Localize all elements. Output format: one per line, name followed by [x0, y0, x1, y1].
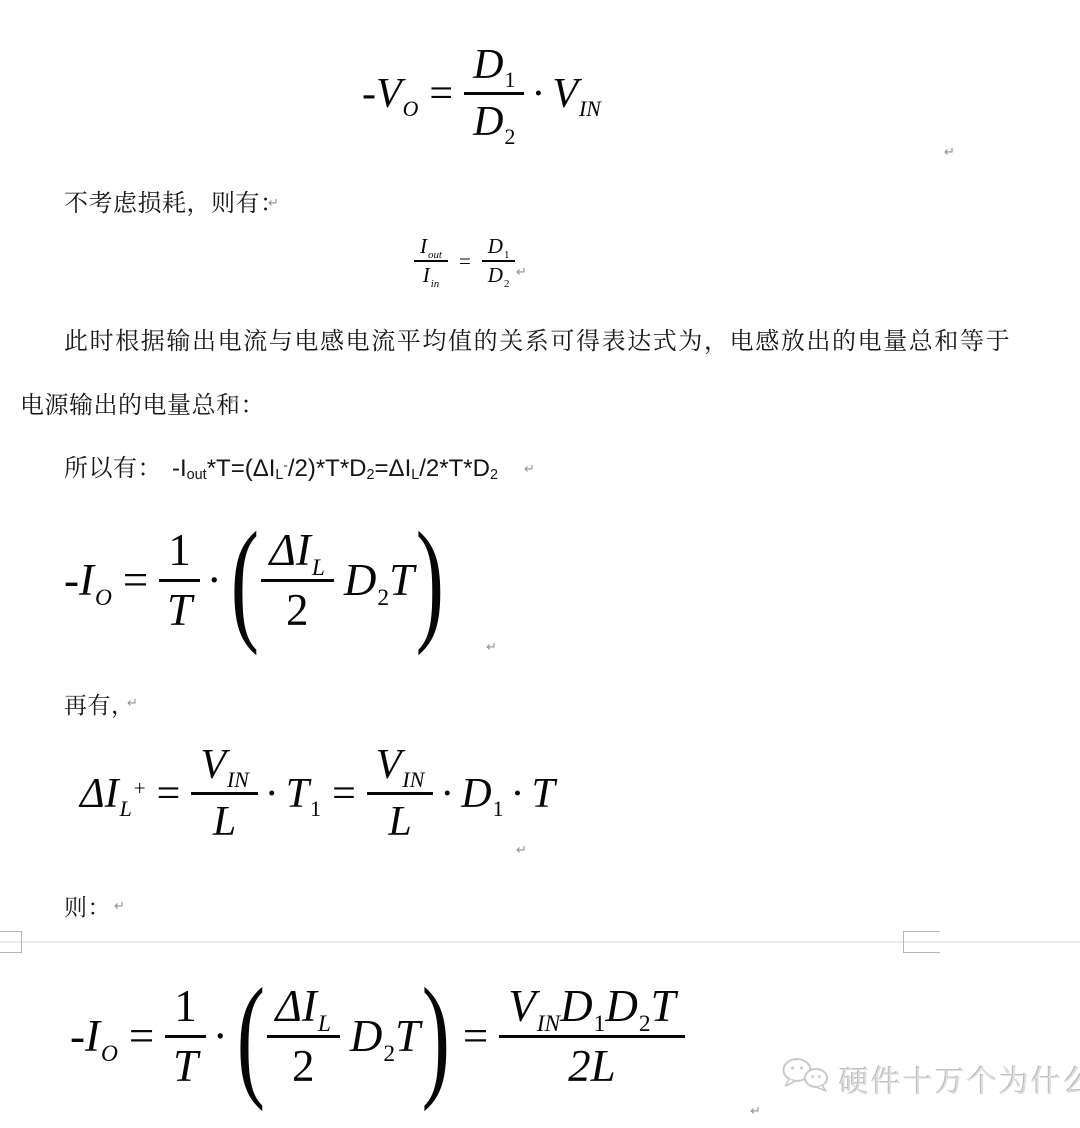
math-sub: L [120, 799, 132, 821]
math-sub: 1 [504, 70, 515, 92]
math-token: /2)*T*D [288, 455, 367, 482]
math-fraction: VIN L [191, 744, 257, 843]
equals-sign: = [459, 251, 471, 272]
right-parenthesis: ) [422, 968, 450, 1105]
math-var: D [488, 236, 503, 257]
multiply-dot: · [207, 558, 222, 603]
math-sub: 2 [490, 467, 498, 483]
math-sub: 2 [377, 587, 389, 610]
equals-sign: = [157, 773, 181, 815]
math-var: -I [70, 1014, 100, 1059]
math-fraction: D1 D2 [464, 44, 524, 143]
left-parenthesis: ( [230, 512, 258, 649]
math-term: -IO [70, 1014, 118, 1059]
paragraph-mark: ↵ [127, 697, 138, 710]
fraction-denominator: Iin [423, 262, 439, 286]
math-term: -IO [64, 558, 112, 603]
left-parenthesis: ( [236, 968, 264, 1105]
math-term: ΔIL+ [80, 773, 146, 815]
math-var: I [420, 236, 427, 257]
paragraph-mark: ↵ [516, 844, 527, 857]
math-fraction: D1 D2 [482, 236, 516, 286]
multiply-dot: · [213, 1014, 228, 1059]
math-num: 2 [286, 588, 309, 633]
math-term: T [532, 773, 555, 815]
math-var: 2L [568, 1044, 616, 1089]
paragraph-then: 则： [64, 893, 111, 923]
formula-output-current-full: -IO = 1 T · ( ΔIL 2 D2T ) = VIND1D2T 2L [70, 968, 685, 1105]
math-sub: O [101, 1043, 118, 1066]
math-term: -VO [362, 73, 418, 115]
math-var: ΔI [276, 984, 317, 1029]
math-var: L [388, 801, 411, 843]
math-var: D [473, 101, 503, 143]
fraction-denominator: L [213, 795, 236, 843]
fraction-denominator: T [167, 582, 192, 633]
formula-current-ratio: Iout Iin = D1 D2 [414, 236, 515, 286]
math-sub: out [428, 250, 442, 261]
equals-sign: = [129, 1014, 154, 1059]
document-page: { "document": { "p1": "不考虑损耗，则有：", "p2_l… [0, 0, 1080, 1128]
math-var: -I [64, 558, 94, 603]
wechat-logo-icon [780, 1056, 832, 1101]
math-sub: 2 [367, 467, 375, 483]
math-sub: 2 [504, 279, 509, 290]
math-var: T [286, 773, 309, 815]
paragraph-mark: ↵ [944, 146, 955, 159]
paragraph-furthermore: 再有， [64, 691, 135, 721]
math-sub: IN [227, 770, 249, 792]
math-var: V [508, 984, 536, 1029]
fraction-denominator: 2 [292, 1038, 315, 1089]
math-term: D2T [350, 1014, 420, 1059]
math-token: -I [172, 455, 187, 482]
fraction-numerator: D1 [482, 236, 516, 262]
multiply-dot: · [511, 773, 525, 815]
fraction-numerator: Iout [414, 236, 448, 262]
multiply-dot: · [440, 773, 454, 815]
multiply-dot: · [265, 773, 279, 815]
math-var: D [473, 44, 503, 86]
watermark-text: 硬件十万个为什么 [839, 1057, 1080, 1101]
paragraph-mark: ↵ [114, 900, 125, 913]
paragraph-mark: ↵ [486, 641, 497, 654]
page-margin-marker-right [903, 931, 940, 953]
paragraph-charge-balance-line1: 此时根据输出电流与电感电流平均值的关系可得表达式为，电感放出的电量总和等于 [64, 326, 1011, 357]
formula-output-current: -IO = 1 T · ( ΔIL 2 D2T ) [64, 512, 446, 649]
math-var: D [350, 1014, 383, 1059]
fraction-numerator: VIND1D2T [499, 984, 684, 1038]
math-var: D [488, 265, 503, 286]
math-var: V [552, 73, 578, 115]
math-sub: 1 [310, 799, 321, 821]
inline-equation-line: 所以有：-Iout*T=(ΔIL-/2)*T*D2=ΔIL/2*T*D2 [64, 455, 498, 484]
math-sub: O [95, 587, 112, 610]
fraction-denominator: 2 [286, 582, 309, 633]
fraction-numerator: ΔIL [261, 528, 334, 582]
inline-equation-label: 所以有： [64, 455, 162, 482]
paragraph-mark: ↵ [516, 266, 527, 279]
fraction-numerator: 1 [159, 528, 200, 582]
math-fraction: 1 T [159, 528, 200, 633]
multiply-dot: · [531, 73, 545, 115]
math-token: /2*T*D [419, 455, 490, 482]
math-var: T [651, 984, 676, 1029]
math-fraction: VIN L [367, 744, 433, 843]
equals-sign: = [463, 1014, 488, 1059]
math-var: V [376, 744, 402, 786]
math-var: -V [362, 73, 402, 115]
math-fraction: VIND1D2T 2L [499, 984, 684, 1089]
formula-voltage-ratio: -VO = D1 D2 · VIN [362, 44, 601, 143]
math-term: D2T [344, 558, 414, 603]
math-num: 1 [168, 528, 191, 573]
fraction-denominator: L [388, 795, 411, 843]
watermark: 硬件十万个为什么 [780, 1056, 1080, 1101]
math-sub: out [187, 467, 207, 483]
math-var: D [560, 984, 593, 1029]
fraction-numerator: ΔIL [267, 984, 340, 1038]
fraction-numerator: VIN [367, 744, 433, 795]
math-var: T [173, 1044, 198, 1089]
page-margin-marker-left [0, 931, 22, 953]
math-var: ΔI [80, 773, 119, 815]
math-sub: 2 [383, 1043, 395, 1066]
math-num: 2 [292, 1044, 315, 1089]
math-sub: IN [402, 770, 424, 792]
paragraph-no-loss: 不考虑损耗，则有： [64, 188, 285, 219]
fraction-numerator: 1 [165, 984, 206, 1038]
math-sub: L [312, 557, 325, 580]
math-sub: in [431, 279, 439, 290]
paragraph-mark: ↵ [229, 395, 240, 408]
math-var: T [167, 588, 192, 633]
math-var: T [389, 558, 414, 603]
math-var: V [200, 744, 226, 786]
math-var: D [461, 773, 491, 815]
math-fraction: ΔIL 2 [267, 984, 340, 1089]
math-var: D [605, 984, 638, 1029]
math-sup: + [134, 778, 146, 799]
math-sub: 1 [493, 799, 504, 821]
fraction-numerator: D1 [464, 44, 524, 95]
math-sub: IN [537, 1013, 560, 1036]
math-fraction: Iout Iin [414, 236, 448, 286]
fraction-denominator: T [173, 1038, 198, 1089]
math-var: D [344, 558, 377, 603]
math-sub: 2 [504, 127, 515, 149]
fraction-denominator: D2 [488, 262, 510, 286]
right-parenthesis: ) [416, 512, 444, 649]
math-sub: 2 [639, 1013, 651, 1036]
math-var: L [213, 801, 236, 843]
paragraph-mark: ↵ [524, 463, 535, 476]
math-sub: IN [579, 99, 601, 121]
math-token: *T=(ΔI [207, 455, 276, 482]
math-sub: O [403, 99, 419, 121]
fraction-denominator: D2 [473, 95, 515, 143]
math-token: =ΔI [375, 455, 412, 482]
math-var: I [423, 265, 430, 286]
formula-inductor-ripple: ΔIL+ = VIN L · T1 = VIN L · D1 · T [80, 744, 555, 843]
math-sub: L [318, 1013, 331, 1036]
math-term: VIN [552, 73, 600, 115]
math-var: ΔI [270, 528, 311, 573]
fraction-numerator: VIN [191, 744, 257, 795]
math-term: T1 [286, 773, 321, 815]
math-var: T [395, 1014, 420, 1059]
equals-sign: = [332, 773, 356, 815]
math-var: T [532, 773, 555, 815]
math-num: 1 [174, 984, 197, 1029]
paragraph-mark: ↵ [268, 197, 279, 210]
equals-sign: = [429, 73, 453, 115]
equals-sign: = [123, 558, 148, 603]
paragraph-mark: ↵ [750, 1105, 761, 1118]
fraction-denominator: 2L [568, 1038, 616, 1089]
math-fraction: 1 T [165, 984, 206, 1089]
math-fraction: ΔIL 2 [261, 528, 334, 633]
math-sub: 1 [594, 1013, 606, 1036]
math-sub: 1 [504, 250, 509, 261]
math-term: D1 [461, 773, 503, 815]
